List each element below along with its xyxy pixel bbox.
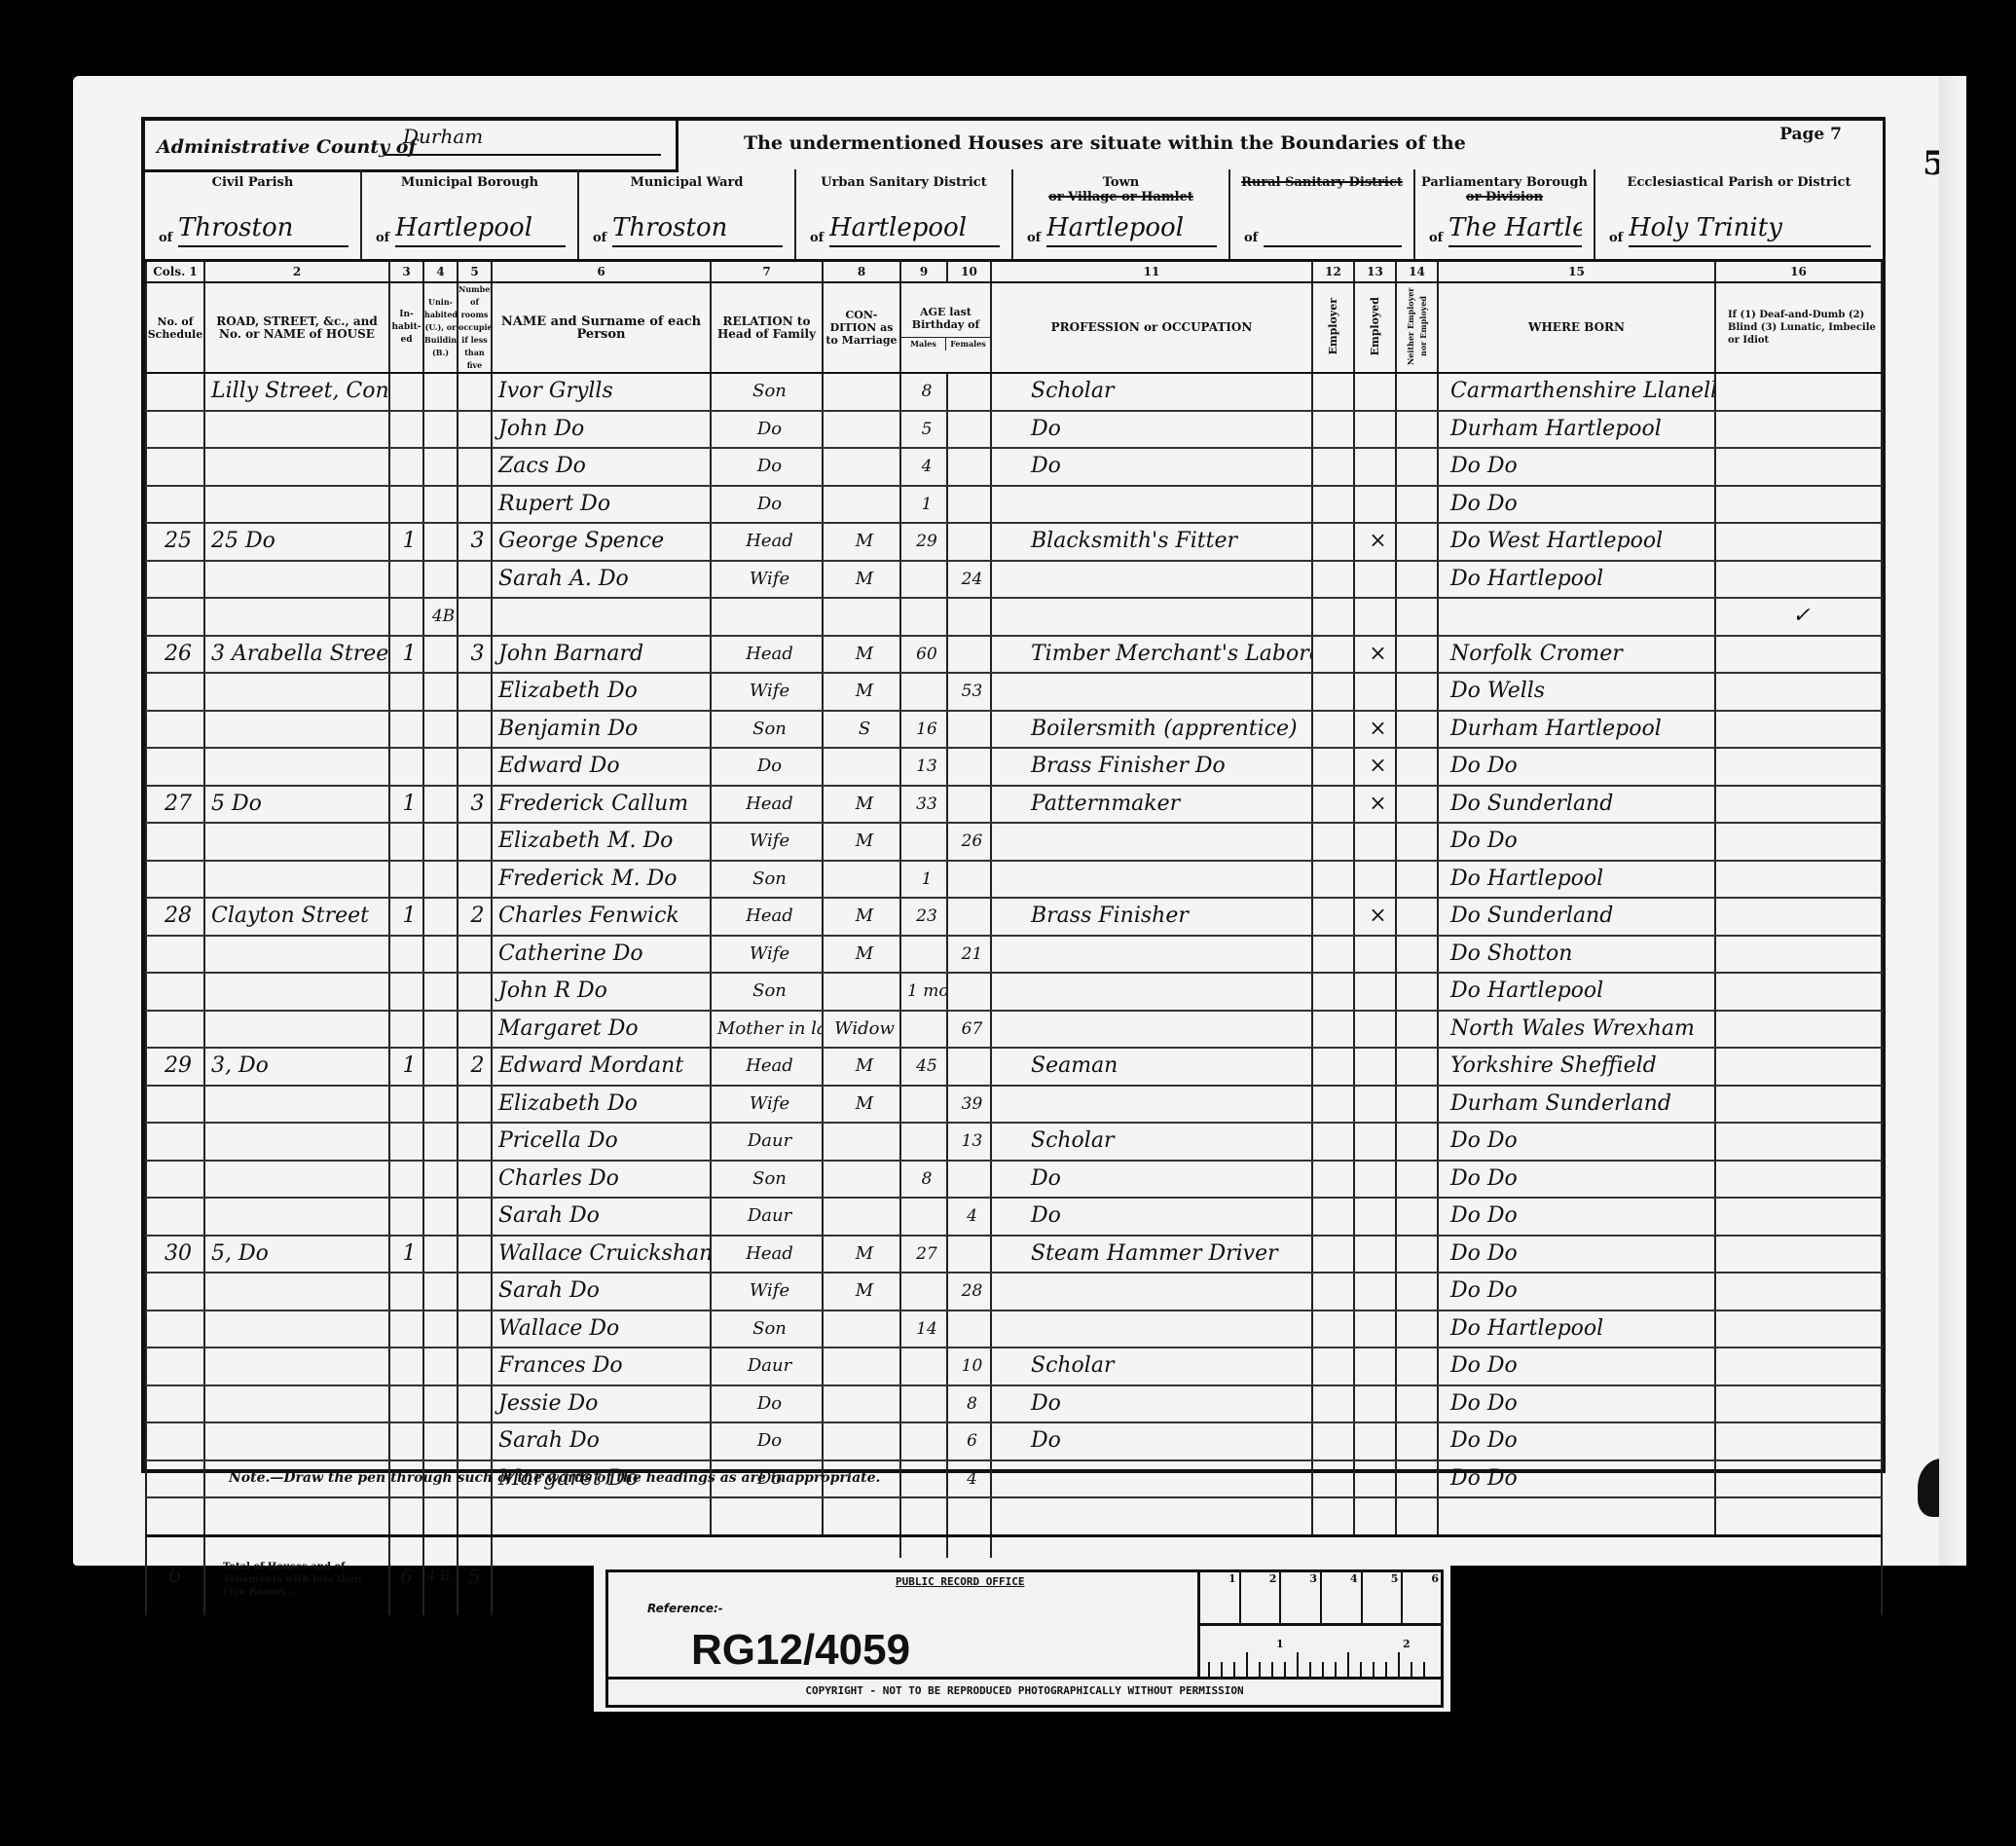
col-relation: RELATION to Head of Family xyxy=(711,282,823,373)
cell-empd xyxy=(1354,1123,1396,1161)
cell-road: Clayton Street xyxy=(204,898,389,936)
cell-f xyxy=(947,1497,991,1535)
cell-m: 45 xyxy=(900,1048,947,1086)
cell-rel: Head xyxy=(711,786,823,824)
county-box: Administrative County of Durham xyxy=(145,121,678,172)
ruler-tick xyxy=(1208,1662,1210,1678)
cell-uninh xyxy=(423,1273,458,1311)
cell-name: Margaret Do xyxy=(492,1011,711,1049)
cell-m xyxy=(900,1422,947,1460)
cell-road xyxy=(204,823,389,861)
cell-rel: Do xyxy=(711,411,823,449)
cell-road xyxy=(204,411,389,449)
cell-inf xyxy=(1715,936,1882,974)
cell-uninh: 4B xyxy=(423,598,458,636)
ink-blot xyxy=(1918,1458,1966,1517)
cell-name: Elizabeth Do xyxy=(492,673,711,711)
ruler-tick xyxy=(1423,1662,1425,1678)
cell-road xyxy=(204,748,389,786)
cell-name: Rupert Do xyxy=(492,486,711,524)
person-row: 275 Do13Frederick CallumHeadM33Patternma… xyxy=(146,786,1882,824)
cell-m: 8 xyxy=(900,1161,947,1199)
cell-born: Do Do xyxy=(1438,1422,1715,1460)
county-value: Durham xyxy=(384,125,661,156)
cell-road xyxy=(204,1385,389,1423)
cell-empd xyxy=(1354,936,1396,974)
cell-m: 60 xyxy=(900,636,947,674)
area-struck-title: or Division xyxy=(1466,190,1543,204)
cell-f: 4 xyxy=(947,1198,991,1236)
cell-cond xyxy=(823,1422,900,1460)
cell-road xyxy=(204,973,389,1011)
cell-cond xyxy=(823,373,900,411)
ruler-cm: 123456 xyxy=(1200,1572,1444,1626)
cell-nei xyxy=(1396,936,1438,974)
col-condition: CON-DITION as to Marriage xyxy=(823,282,900,373)
ruler-tick xyxy=(1246,1652,1248,1678)
area-0: Civil Parish ofThroston xyxy=(145,169,362,259)
person-row: Edward DoDo13Brass Finisher Do×Do Do xyxy=(146,748,1882,786)
cell-rel: Daur xyxy=(711,1198,823,1236)
cell-inh: 1 xyxy=(389,1048,423,1086)
cell-rel: Wife xyxy=(711,1086,823,1124)
cell-name xyxy=(492,1497,711,1535)
cell-inf xyxy=(1715,1048,1882,1086)
cell-rooms xyxy=(458,561,492,599)
cell-cond xyxy=(823,861,900,899)
cell-born: Do Hartlepool xyxy=(1438,973,1715,1011)
ruler-tick xyxy=(1271,1662,1273,1678)
cell-occ xyxy=(991,1273,1312,1311)
cell-inf xyxy=(1715,373,1882,411)
cell-empd xyxy=(1354,823,1396,861)
cell-emp xyxy=(1312,486,1354,524)
cell-born: Yorkshire Sheffield xyxy=(1438,1048,1715,1086)
cell-nei xyxy=(1396,1086,1438,1124)
area-7: Ecclesiastical Parish or District ofHoly… xyxy=(1595,169,1883,259)
cell-inh xyxy=(389,1086,423,1124)
area-heading: Parliamentary Borough or Division xyxy=(1415,175,1594,204)
cell-rel: Head xyxy=(711,636,823,674)
cell-cond xyxy=(823,973,900,1011)
ruler-mark: 5 xyxy=(1363,1572,1404,1623)
cell-road xyxy=(204,936,389,974)
cell-sched xyxy=(146,1497,204,1535)
cell-uninh xyxy=(423,1198,458,1236)
cell-rel: Son xyxy=(711,861,823,899)
cell-sched xyxy=(146,711,204,749)
cell-occ: Scholar xyxy=(991,1348,1312,1385)
cell-rel: Wife xyxy=(711,823,823,861)
cell-inh: 1 xyxy=(389,523,423,561)
cell-occ: Brass Finisher xyxy=(991,898,1312,936)
cell-sched: 26 xyxy=(146,636,204,674)
cell-sched: 29 xyxy=(146,1048,204,1086)
person-row xyxy=(146,1497,1882,1535)
cell-road: 5, Do xyxy=(204,1236,389,1274)
cell-name: John R Do xyxy=(492,973,711,1011)
age-subheads: Males Females xyxy=(901,337,990,351)
cell-uninh xyxy=(423,1497,458,1535)
cell-m: 5 xyxy=(900,411,947,449)
person-row: 2525 Do13George SpenceHeadM29Blacksmith'… xyxy=(146,523,1882,561)
cell-road xyxy=(204,1198,389,1236)
cell-uninh xyxy=(423,936,458,974)
person-row: Elizabeth M. DoWifeM26Do Do xyxy=(146,823,1882,861)
cell-name: Sarah Do xyxy=(492,1198,711,1236)
cell-road xyxy=(204,1311,389,1348)
cell-born: Do West Hartlepool xyxy=(1438,523,1715,561)
cell-rel: Do xyxy=(711,1385,823,1423)
person-row: Rupert DoDo1Do Do xyxy=(146,486,1882,524)
area-title: Civil Parish xyxy=(145,175,360,190)
cell-occ: Seaman xyxy=(991,1048,1312,1086)
cell-sched xyxy=(146,1123,204,1161)
cell-occ xyxy=(991,1497,1312,1535)
cell-cond: M xyxy=(823,1273,900,1311)
area-struck-title: Rural Sanitary District xyxy=(1241,175,1403,190)
cell-rel: Son xyxy=(711,973,823,1011)
col-number: 11 xyxy=(991,262,1312,282)
col-number: 6 xyxy=(492,262,711,282)
cell-nei xyxy=(1396,673,1438,711)
cell-nei xyxy=(1396,973,1438,1011)
cell-occ: Steam Hammer Driver xyxy=(991,1236,1312,1274)
ruler-tick xyxy=(1309,1662,1311,1678)
cell-emp xyxy=(1312,636,1354,674)
cell-inh xyxy=(389,411,423,449)
cell-sched xyxy=(146,1273,204,1311)
cell-occ: Do xyxy=(991,1422,1312,1460)
ruler-tick xyxy=(1360,1662,1362,1678)
cell-nei xyxy=(1396,1123,1438,1161)
cell-nei xyxy=(1396,748,1438,786)
person-row: Jessie DoDo8DoDo Do xyxy=(146,1385,1882,1423)
cell-f: 26 xyxy=(947,823,991,861)
cell-empd xyxy=(1354,561,1396,599)
cell-name: Elizabeth M. Do xyxy=(492,823,711,861)
cell-f xyxy=(947,973,991,1011)
cell-inf xyxy=(1715,1311,1882,1348)
cell-nei xyxy=(1396,1311,1438,1348)
cell-m xyxy=(900,1011,947,1049)
cell-inf xyxy=(1715,1011,1882,1049)
cell-name: Ivor Grylls xyxy=(492,373,711,411)
cell-inf xyxy=(1715,861,1882,899)
col-occupation: PROFESSION or OCCUPATION xyxy=(991,282,1312,373)
col-number: 15 xyxy=(1438,262,1715,282)
employed-label: Employed xyxy=(1369,297,1381,355)
cell-rooms xyxy=(458,411,492,449)
cell-inh xyxy=(389,448,423,486)
cell-nei xyxy=(1396,786,1438,824)
col-number: 4 xyxy=(423,262,458,282)
cell-inh: 1 xyxy=(389,1236,423,1274)
cell-f: 24 xyxy=(947,561,991,599)
cell-rel xyxy=(711,598,823,636)
area-of: of xyxy=(1027,231,1041,245)
cell-cond: M xyxy=(823,561,900,599)
cell-empd xyxy=(1354,1236,1396,1274)
cell-m: 23 xyxy=(900,898,947,936)
cell-born: Do Hartlepool xyxy=(1438,861,1715,899)
cell-name: Frances Do xyxy=(492,1348,711,1385)
cell-empd xyxy=(1354,1273,1396,1311)
cell-inf xyxy=(1715,1348,1882,1385)
area-heading: Town or Village or Hamlet xyxy=(1013,175,1228,204)
cell-uninh xyxy=(423,973,458,1011)
cell-uninh xyxy=(423,1086,458,1124)
census-rows: Lilly Street, Cont'dIvor GryllsSon8Schol… xyxy=(146,373,1882,1535)
cell-inf xyxy=(1715,673,1882,711)
cell-rooms xyxy=(458,1311,492,1348)
cell-rel: Son xyxy=(711,373,823,411)
cell-m xyxy=(900,561,947,599)
person-row: 28Clayton Street12Charles FenwickHeadM23… xyxy=(146,898,1882,936)
cell-uninh xyxy=(423,1011,458,1049)
cell-sched xyxy=(146,1385,204,1423)
cell-inf xyxy=(1715,1460,1882,1498)
cell-sched xyxy=(146,598,204,636)
area-headers: Civil Parish ofThrostonMunicipal Borough… xyxy=(145,169,1883,262)
cell-inh xyxy=(389,1161,423,1199)
cell-road xyxy=(204,1497,389,1535)
cell-cond xyxy=(823,1385,900,1423)
cell-born: Do Do xyxy=(1438,1123,1715,1161)
cell-f xyxy=(947,861,991,899)
cell-name: Charles Do xyxy=(492,1161,711,1199)
col-road: ROAD, STREET, &c., and No. or NAME of HO… xyxy=(204,282,389,373)
cell-nei xyxy=(1396,711,1438,749)
cell-rooms xyxy=(458,1497,492,1535)
cell-nei xyxy=(1396,1497,1438,1535)
reference-label: Reference:- xyxy=(647,1602,723,1615)
area-title: Municipal Ward xyxy=(579,175,794,190)
cell-rel: Head xyxy=(711,1048,823,1086)
cell-name: Sarah Do xyxy=(492,1273,711,1311)
cell-f: 21 xyxy=(947,936,991,974)
cell-road xyxy=(204,1422,389,1460)
cell-road: 5 Do xyxy=(204,786,389,824)
ruler-tick xyxy=(1385,1662,1387,1678)
cell-emp xyxy=(1312,861,1354,899)
cell-emp xyxy=(1312,1236,1354,1274)
cell-sched xyxy=(146,1198,204,1236)
cell-born: Durham Hartlepool xyxy=(1438,411,1715,449)
area-title: Urban Sanitary District xyxy=(796,175,1011,190)
person-row: Charles DoSon8DoDo Do xyxy=(146,1161,1882,1199)
cell-name: Pricella Do xyxy=(492,1123,711,1161)
cell-inh xyxy=(389,973,423,1011)
area-heading: Ecclesiastical Parish or District xyxy=(1595,175,1883,190)
cell-emp xyxy=(1312,898,1354,936)
cell-nei xyxy=(1396,523,1438,561)
cell-emp xyxy=(1312,1385,1354,1423)
cell-road xyxy=(204,1123,389,1161)
cell-f xyxy=(947,636,991,674)
cell-cond: M xyxy=(823,1086,900,1124)
ruler-mark: 6 xyxy=(1403,1572,1444,1623)
cell-sched: 28 xyxy=(146,898,204,936)
col-number: 10 xyxy=(947,262,991,282)
cell-emp xyxy=(1312,1048,1354,1086)
cell-m xyxy=(900,1086,947,1124)
cell-inh xyxy=(389,1422,423,1460)
area-value: Throston xyxy=(178,212,348,247)
area-of: of xyxy=(1609,231,1623,245)
cell-name: Edward Mordant xyxy=(492,1048,711,1086)
cell-road xyxy=(204,486,389,524)
cell-occ: Do xyxy=(991,411,1312,449)
cell-empd xyxy=(1354,1460,1396,1498)
cell-rel: Head xyxy=(711,523,823,561)
cell-rel: Do xyxy=(711,1422,823,1460)
cell-sched xyxy=(146,411,204,449)
cell-rooms xyxy=(458,936,492,974)
cell-rel: Son xyxy=(711,1161,823,1199)
cell-m xyxy=(900,1385,947,1423)
cell-emp xyxy=(1312,1460,1354,1498)
cell-inh xyxy=(389,1198,423,1236)
cell-cond xyxy=(823,486,900,524)
cell-inf xyxy=(1715,636,1882,674)
area-heading: Rural Sanitary District xyxy=(1230,175,1413,190)
cell-rel: Head xyxy=(711,898,823,936)
cell-rel: Son xyxy=(711,1311,823,1348)
person-row: 263 Arabella Street13John BarnardHeadM60… xyxy=(146,636,1882,674)
area-title: Ecclesiastical Parish or District xyxy=(1595,175,1883,190)
cell-f: 53 xyxy=(947,673,991,711)
cell-rooms xyxy=(458,1011,492,1049)
cell-empd xyxy=(1354,1497,1396,1535)
area-value xyxy=(1264,212,1402,247)
cell-rooms xyxy=(458,1123,492,1161)
males-label: Males xyxy=(901,338,945,351)
cell-f: 28 xyxy=(947,1273,991,1311)
cell-rel: Do xyxy=(711,448,823,486)
cell-uninh xyxy=(423,486,458,524)
cell-rooms xyxy=(458,1161,492,1199)
cell-sched: 27 xyxy=(146,786,204,824)
area-heading: Urban Sanitary District xyxy=(796,175,1011,190)
person-row: Catherine DoWifeM21Do Shotton xyxy=(146,936,1882,974)
col-schedule: No. of Schedule xyxy=(146,282,204,373)
cell-nei xyxy=(1396,1460,1438,1498)
ruler-tick xyxy=(1297,1652,1299,1678)
cell-emp xyxy=(1312,561,1354,599)
cell-born: Do Do xyxy=(1438,1460,1715,1498)
cell-m: 27 xyxy=(900,1236,947,1274)
cell-rooms: 3 xyxy=(458,523,492,561)
cell-nei xyxy=(1396,486,1438,524)
cell-uninh xyxy=(423,861,458,899)
cell-empd xyxy=(1354,1086,1396,1124)
cell-name: John Do xyxy=(492,411,711,449)
cell-road xyxy=(204,1161,389,1199)
cell-inf xyxy=(1715,1497,1882,1535)
person-row: 4B✓ xyxy=(146,598,1882,636)
cell-emp xyxy=(1312,373,1354,411)
cell-rooms xyxy=(458,861,492,899)
cell-road: 3, Do xyxy=(204,1048,389,1086)
cell-empd xyxy=(1354,1161,1396,1199)
cell-road xyxy=(204,561,389,599)
area-of: of xyxy=(376,231,389,245)
cell-name: Elizabeth Do xyxy=(492,1086,711,1124)
ruler-tick xyxy=(1347,1652,1349,1678)
cell-cond: M xyxy=(823,636,900,674)
cell-occ: Do xyxy=(991,1161,1312,1199)
cell-inf xyxy=(1715,486,1882,524)
cell-m xyxy=(900,936,947,974)
cell-name: Sarah A. Do xyxy=(492,561,711,599)
cell-occ xyxy=(991,936,1312,974)
cell-sched xyxy=(146,1460,204,1498)
cell-sched xyxy=(146,1422,204,1460)
cell-rel: Do xyxy=(711,486,823,524)
cell-inf xyxy=(1715,448,1882,486)
cell-occ xyxy=(991,973,1312,1011)
cell-f xyxy=(947,786,991,824)
cell-name: Wallace Cruickshanks xyxy=(492,1236,711,1274)
total-rooms: 5 xyxy=(458,1535,492,1615)
cell-m: 13 xyxy=(900,748,947,786)
cell-empd xyxy=(1354,973,1396,1011)
cell-cond: M xyxy=(823,898,900,936)
cell-rel: Wife xyxy=(711,673,823,711)
cell-inh xyxy=(389,673,423,711)
total-inhabited: 6 xyxy=(389,1535,423,1615)
cell-occ xyxy=(991,1311,1312,1348)
cell-inf xyxy=(1715,1273,1882,1311)
cell-road xyxy=(204,1348,389,1385)
inhabited-label: In-habit-ed xyxy=(392,310,422,345)
col-infirmity: If (1) Deaf-and-Dumb (2) Blind (3) Lunat… xyxy=(1715,282,1882,373)
cell-occ: Scholar xyxy=(991,1123,1312,1161)
ruler-tick xyxy=(1221,1662,1223,1678)
person-row: Zacs DoDo4DoDo Do xyxy=(146,448,1882,486)
office-label: PUBLIC RECORD OFFICE xyxy=(896,1575,1024,1588)
cell-emp xyxy=(1312,523,1354,561)
cell-sched: 30 xyxy=(146,1236,204,1274)
cell-name: Catherine Do xyxy=(492,936,711,974)
cell-empd: × xyxy=(1354,898,1396,936)
cell-name: Wallace Do xyxy=(492,1311,711,1348)
cell-f xyxy=(947,1311,991,1348)
cell-name: Jessie Do xyxy=(492,1385,711,1423)
cell-name: Edward Do xyxy=(492,748,711,786)
cell-uninh xyxy=(423,748,458,786)
cell-nei xyxy=(1396,898,1438,936)
ruler-tick xyxy=(1398,1652,1400,1678)
col-employer: Employer xyxy=(1312,282,1354,373)
col-number: 13 xyxy=(1354,262,1396,282)
col-number: 9 xyxy=(900,262,947,282)
uninhabited-label: Unin-habited (U.), or Building (B.) xyxy=(424,297,458,357)
cell-m xyxy=(900,1348,947,1385)
cell-sched xyxy=(146,973,204,1011)
cell-inf xyxy=(1715,823,1882,861)
col-age: AGE last Birthday of Males Females xyxy=(900,282,991,373)
cell-cond: M xyxy=(823,786,900,824)
cell-emp xyxy=(1312,786,1354,824)
cell-emp xyxy=(1312,673,1354,711)
cell-empd xyxy=(1354,1011,1396,1049)
cell-uninh xyxy=(423,448,458,486)
cell-road xyxy=(204,861,389,899)
area-value: Holy Trinity xyxy=(1629,212,1871,247)
cell-born: Carmarthenshire Llanelly xyxy=(1438,373,1715,411)
